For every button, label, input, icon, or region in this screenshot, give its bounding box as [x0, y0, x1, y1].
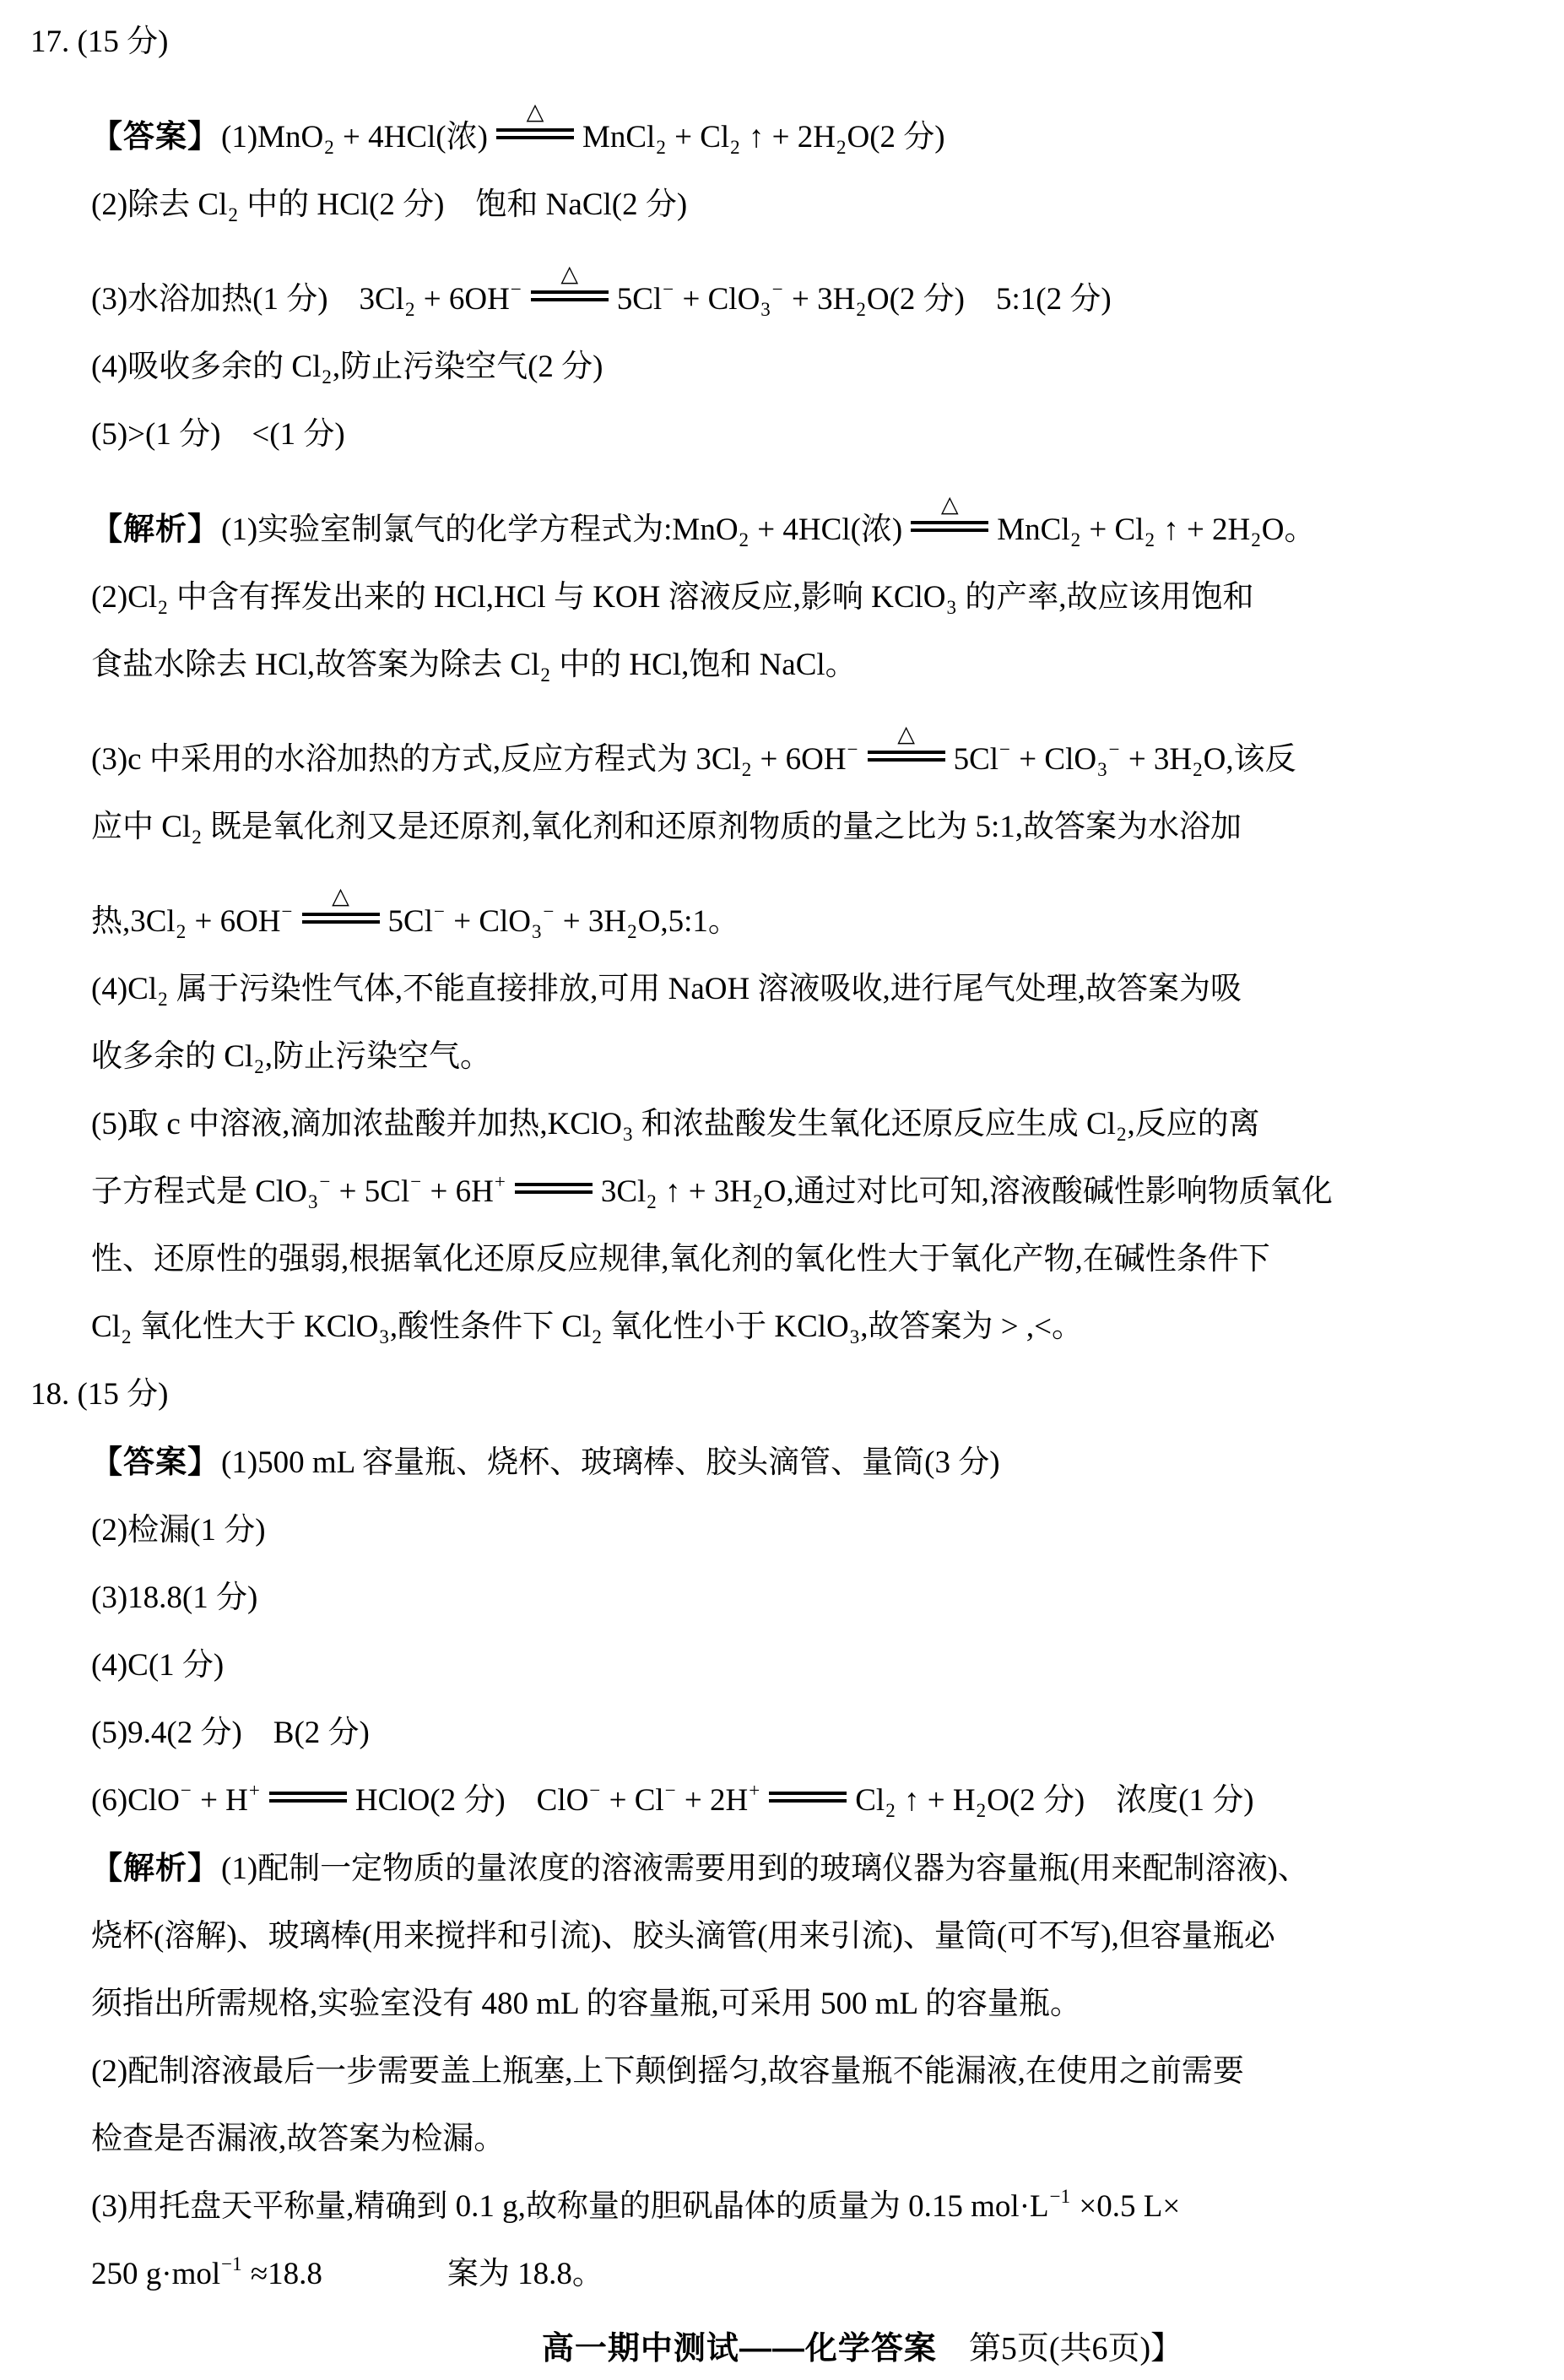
q18-answer-line-1: 【答案】(1)500 mL 容量瓶、烧杯、玻璃棒、胶头滴管、量筒(3 分) [91, 1440, 1542, 1485]
q17-analysis-line-1: 【解析】(1)实验室制氯气的化学方程式为:MnO2 + 4HCl(浓)△MnCl… [91, 480, 1542, 552]
heat-triangle-icon: △ [527, 100, 544, 123]
double-line [531, 290, 609, 301]
section-marker: 【答案】 [91, 1445, 219, 1479]
q18-analysis-line-2: 烧杯(溶解)、玻璃棒(用来搅拌和引流)、胶头滴管(用来引流)、量筒(可不写),但… [91, 1915, 1542, 1959]
q18-analysis-line-6: (3)用托盘天平称量,精确到 0.1 g,故称量的胆矾晶体的质量为 0.15 m… [91, 2185, 1542, 2229]
q18-analysis-line-5: 检查是否漏液,故答案为检漏。 [91, 2117, 1542, 2161]
q17-analysis-line-2: (2)Cl2 中含有挥发出来的 HCl,HCl 与 KOH 溶液反应,影响 KC… [91, 576, 1542, 620]
double-line [269, 1792, 347, 1803]
q17-analysis-line-3: 食盐水除去 HCl,故答案为除去 Cl2 中的 HCl,饱和 NaCl。 [91, 643, 1542, 687]
long-equals-sign [769, 1792, 847, 1803]
q17-analysis-line-12: Cl2 氧化性大于 KClO3,酸性条件下 Cl2 氧化性小于 KClO3,故答… [91, 1305, 1542, 1349]
q17-analysis-line-4: (3)c 中采用的水浴加热的方式,反应方程式为 3Cl2 + 6OH−△5Cl−… [91, 711, 1542, 782]
heat-triangle-icon: △ [332, 885, 349, 908]
q17-answer-line-3: (3)水浴加热(1 分) 3Cl2 + 6OH−△5Cl− + ClO3− + … [91, 251, 1542, 322]
equals-with-heat-triangle: △ [302, 913, 380, 924]
q17-answer-line-4: (4)吸收多余的 Cl2,防止污染空气(2 分) [91, 345, 1542, 389]
q18-analysis-line-3: 须指出所需规格,实验室没有 480 mL 的容量瓶,可采用 500 mL 的容量… [91, 1982, 1542, 2026]
double-line [911, 521, 988, 532]
footer-page-number: 第5页(共6页)】 [937, 2331, 1182, 2366]
q18-answer-line-4: (4)C(1 分) [91, 1644, 1542, 1688]
q17-analysis-line-11: 性、还原性的强弱,根据氧化还原反应规律,氧化剂的氧化性大于氧化产物,在碱性条件下 [91, 1238, 1542, 1282]
q18-answer-line-6: (6)ClO− + H+HClO(2 分) ClO− + Cl− + 2H+Cl… [91, 1779, 1542, 1823]
q17-answer-line-1: 【答案】(1)MnO2 + 4HCl(浓)△MnCl2 + Cl2 ↑ + 2H… [91, 88, 1542, 160]
double-line [868, 751, 945, 762]
section-marker: 【解析】 [91, 1851, 219, 1885]
double-line [302, 913, 380, 924]
footer-title: 高一期中测试——化学答案 [542, 2331, 937, 2366]
heat-triangle-icon: △ [941, 493, 959, 516]
equals-with-heat-triangle: △ [496, 128, 574, 139]
q17-analysis-line-9: (5)取 c 中溶液,滴加浓盐酸并加热,KClO3 和浓盐酸发生氧化还原反应生成… [91, 1103, 1542, 1147]
double-line [496, 128, 574, 139]
q18-analysis-line-7: 250 g·mol−1 ≈18.8 案为 18.8。 [91, 2253, 1542, 2296]
long-equals-sign [269, 1792, 347, 1803]
heat-triangle-icon: △ [560, 263, 578, 285]
q18-number: 18. (15 分) [30, 1373, 1542, 1417]
q18-analysis-line-1: 【解析】(1)配制一定物质的量浓度的溶液需要用到的玻璃仪器为容量瓶(用来配制溶液… [91, 1846, 1542, 1891]
q18-analysis-line-4: (2)配制溶液最后一步需要盖上瓶塞,上下颠倒摇匀,故容量瓶不能漏液,在使用之前需… [91, 2050, 1542, 2094]
section-marker: 【解析】 [91, 512, 219, 546]
equals-with-heat-triangle: △ [531, 290, 609, 301]
q18-answer-line-3: (3)18.8(1 分) [91, 1576, 1542, 1620]
answer-lines-container: 17. (15 分)【答案】(1)MnO2 + 4HCl(浓)△MnCl2 + … [30, 20, 1542, 2296]
heat-triangle-icon: △ [897, 723, 915, 745]
section-marker: 【答案】 [91, 119, 219, 154]
q17-analysis-line-6: 热,3Cl2 + 6OH−△5Cl− + ClO3− + 3H2O,5:1。 [91, 873, 1542, 944]
q17-analysis-line-8: 收多余的 Cl2,防止污染空气。 [91, 1035, 1542, 1079]
long-equals-sign [515, 1183, 593, 1194]
double-line [515, 1183, 593, 1194]
q17-analysis-line-5: 应中 Cl2 既是氧化剂又是还原剂,氧化剂和还原剂物质的量之比为 5:1,故答案… [91, 805, 1542, 849]
q17-answer-line-2: (2)除去 Cl2 中的 HCl(2 分) 饱和 NaCl(2 分) [91, 183, 1542, 227]
equals-with-heat-triangle: △ [911, 521, 988, 532]
equals-with-heat-triangle: △ [868, 751, 945, 762]
double-line [769, 1792, 847, 1803]
answer-sheet-page: 17. (15 分)【答案】(1)MnO2 + 4HCl(浓)△MnCl2 + … [0, 0, 1564, 2380]
q17-answer-line-5: (5)>(1 分) <(1 分) [91, 413, 1542, 457]
q17-number: 17. (15 分) [30, 20, 1542, 64]
q18-answer-line-2: (2)检漏(1 分) [91, 1509, 1542, 1553]
q17-analysis-line-7: (4)Cl2 属于污染性气体,不能直接排放,可用 NaOH 溶液吸收,进行尾气处… [91, 968, 1542, 1011]
q17-analysis-line-10: 子方程式是 ClO3− + 5Cl− + 6H+3Cl2 ↑ + 3H2O,通过… [91, 1170, 1542, 1214]
page-footer: 高一期中测试——化学答案 第5页(共6页)】 [30, 2327, 1542, 2371]
q18-answer-line-5: (5)9.4(2 分) B(2 分) [91, 1711, 1542, 1755]
